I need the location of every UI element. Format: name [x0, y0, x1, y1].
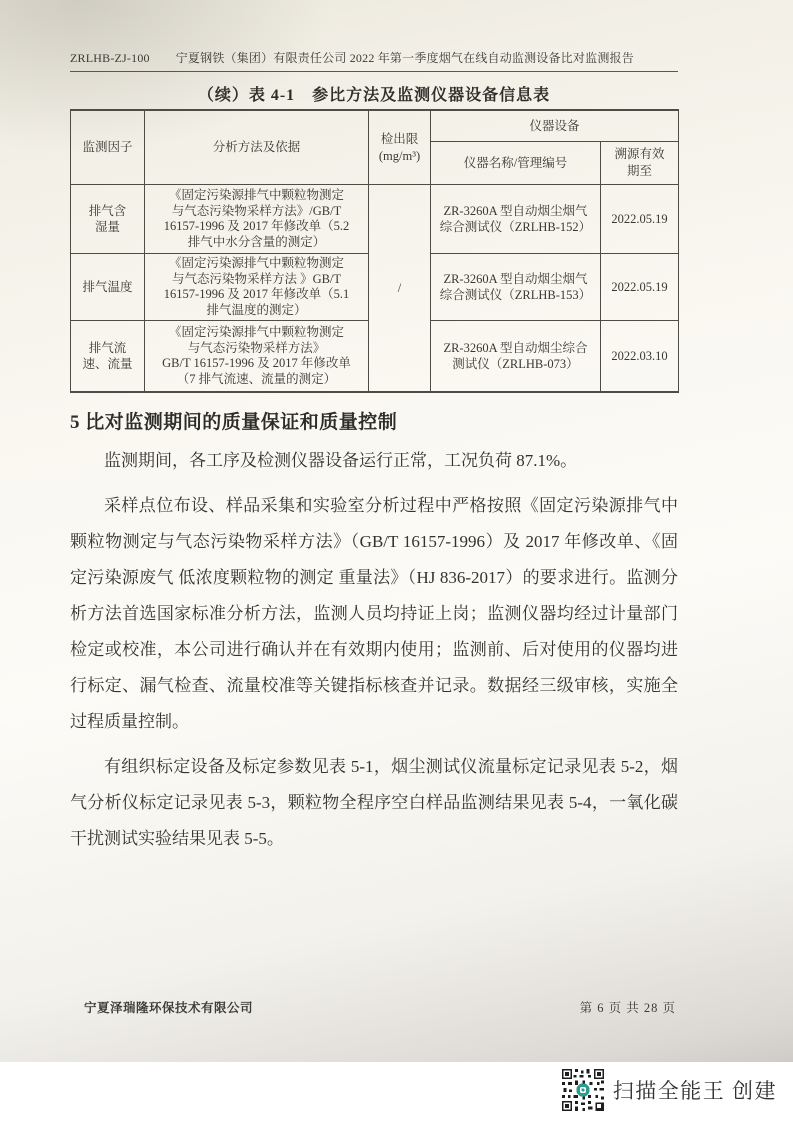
- cell-instrument: ZR-3260A 型自动烟尘综合 测试仪（ZRLHB-073）: [431, 321, 601, 393]
- cell-detection-limit: /: [369, 185, 431, 393]
- cell-method: 《固定污染源排气中颗粒物测定 与气态污染物采样方法》 GB/T 16157-19…: [145, 321, 369, 393]
- table-row: 排气含 湿量 《固定污染源排气中颗粒物测定 与气态污染物采样方法》/GB/T 1…: [71, 185, 679, 254]
- document-header: ZRLHB-ZJ-100 宁夏钢铁（集团）有限责任公司 2022 年第一季度烟气…: [70, 49, 678, 72]
- equipment-info-table: 监测因子 分析方法及依据 检出限 (mg/m³) 仪器设备 仪器名称/管理编号 …: [70, 109, 679, 393]
- cell-valid-until: 2022.03.10: [601, 321, 679, 393]
- page-content: ZRLHB-ZJ-100 宁夏钢铁（集团）有限责任公司 2022 年第一季度烟气…: [70, 0, 678, 857]
- footer-company-name: 宁夏泽瑞隆环保技术有限公司: [70, 998, 253, 1016]
- watermark-text: 扫描全能王 创建: [613, 1075, 777, 1105]
- col-header-equipment-group: 仪器设备: [431, 110, 679, 142]
- paragraph: 有组织标定设备及标定参数见表 5-1，烟尘测试仪流量标定记录见表 5-2，烟气分…: [70, 749, 678, 857]
- paragraph: 监测期间，各工序及检测仪器设备运行正常，工况负荷 87.1%。: [70, 443, 678, 479]
- col-header-instrument: 仪器名称/管理编号: [431, 142, 601, 185]
- page-footer: 宁夏泽瑞隆环保技术有限公司 第 6 页 共 28 页: [70, 998, 678, 1016]
- cell-method: 《固定污染源排气中颗粒物测定 与气态污染物采样方法》/GB/T 16157-19…: [145, 185, 369, 254]
- doc-code: ZRLHB-ZJ-100: [70, 51, 150, 66]
- cell-factor: 排气温度: [71, 254, 145, 321]
- cell-instrument: ZR-3260A 型自动烟尘烟气 综合测试仪（ZRLHB-153）: [431, 254, 601, 321]
- cell-instrument: ZR-3260A 型自动烟尘烟气 综合测试仪（ZRLHB-152）: [431, 185, 601, 254]
- col-header-factor: 监测因子: [71, 110, 145, 185]
- table-caption: （续）表 4-1 参比方法及监测仪器设备信息表: [70, 82, 678, 105]
- camscanner-watermark: 扫描全能王 创建: [562, 1066, 777, 1114]
- camscanner-qr-icon: [562, 1069, 604, 1111]
- paragraph: 采样点位布设、样品采集和实验室分析过程中严格按照《固定污染源排气中颗粒物测定与气…: [70, 488, 678, 740]
- scanned-report-page: ZRLHB-ZJ-100 宁夏钢铁（集团）有限责任公司 2022 年第一季度烟气…: [0, 0, 793, 1062]
- doc-title: 宁夏钢铁（集团）有限责任公司 2022 年第一季度烟气在线自动监测设备比对监测报…: [176, 49, 634, 66]
- cell-factor: 排气流 速、流量: [71, 321, 145, 393]
- cell-valid-until: 2022.05.19: [601, 254, 679, 321]
- cell-valid-until: 2022.05.19: [601, 185, 679, 254]
- col-header-valid-until: 溯源有效 期至: [601, 142, 679, 185]
- cell-factor: 排气含 湿量: [71, 185, 145, 254]
- cell-method: 《固定污染源排气中颗粒物测定 与气态污染物采样方法 》GB/T 16157-19…: [145, 254, 369, 321]
- col-header-method: 分析方法及依据: [145, 110, 369, 185]
- col-header-detection-limit: 检出限 (mg/m³): [369, 110, 431, 185]
- footer-page-number: 第 6 页 共 28 页: [580, 998, 678, 1016]
- section-heading: 5 比对监测期间的质量保证和质量控制: [70, 407, 678, 434]
